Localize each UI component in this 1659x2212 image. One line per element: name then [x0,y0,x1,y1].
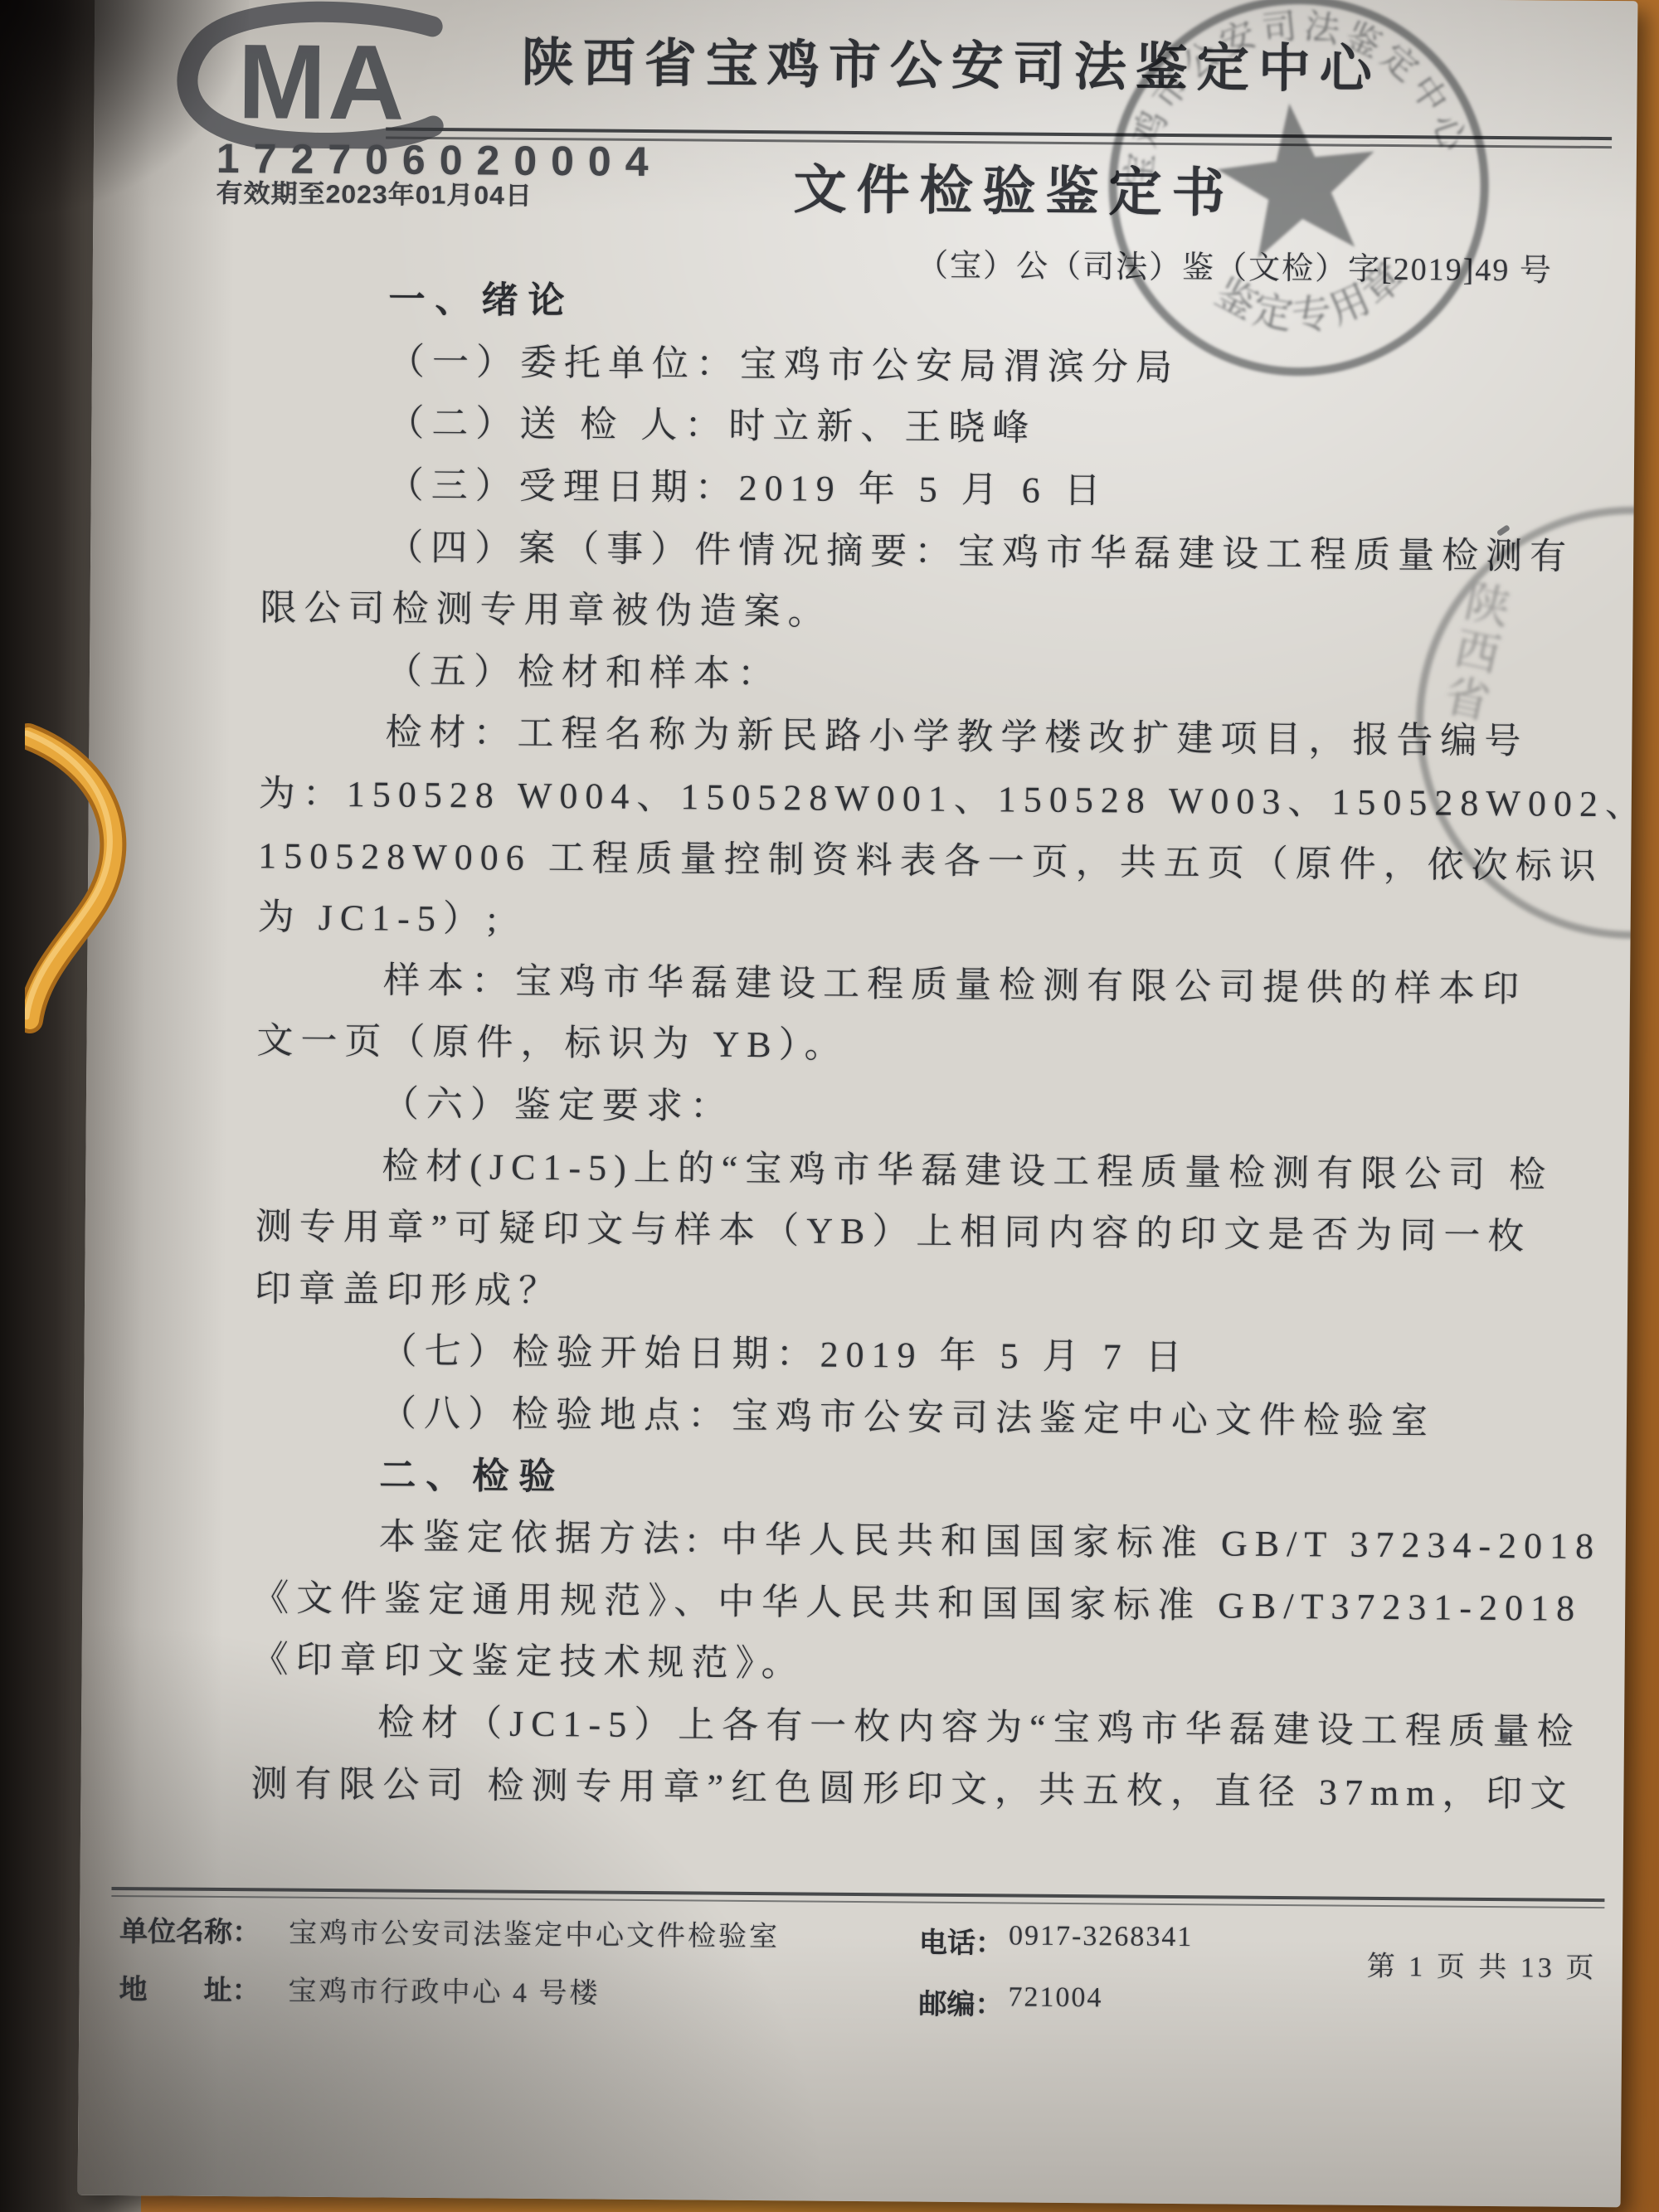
body-line: 《文件鉴定通用规范》、中华人民共和国国家标准 GB/T37231-2018 [252,1563,1559,1636]
body-line: 文一页（原件，标识为 YB）。 [256,1006,1564,1078]
body-line: （六）鉴定要求： [256,1068,1564,1140]
body-line: （七）检验开始日期：2019 年 5 月 7 日 [254,1315,1561,1388]
body-line: 测有限公司 检测专用章”红色圆形印文，共五枚，直径 37mm，印文 [251,1749,1558,1821]
cable [25,722,149,1078]
footer-phone-label: 电话： [919,1920,1004,1962]
body-line: 印章盖印形成？ [255,1254,1562,1326]
section-heading: 二、检验 [253,1440,1560,1512]
body-line: 本鉴定依据方法: 中华人民共和国国家标准 GB/T 37234-2018 [253,1501,1560,1573]
seal-bottom-text: 鉴定专用章 [1204,250,1419,348]
body-line: 检材(JC1-5)上的“宝鸡市华磊建设工程质量检测有限公司 检 [255,1130,1563,1203]
body-line: 测专用章”可疑印文与样本（YB）上相同内容的印文是否为同一枚 [255,1192,1563,1264]
validity-date: 有效期至2023年01月04日 [216,173,533,212]
footer-unit-value: 宝鸡市公安司法鉴定中心文件检验室 [289,1910,780,1955]
footer-page-info: 第 1 页 共 13 页 [1367,1943,1598,1986]
photo-scene: MA 172706020004 有效期至2023年01月04日 陕西省宝鸡市公安… [0,0,1659,2212]
footer-divider [111,1887,1604,1908]
document-page: MA 172706020004 有效期至2023年01月04日 陕西省宝鸡市公安… [78,0,1638,2207]
footer-unit-label: 单位名称： [119,1908,260,1950]
body-line: （八）检验地点：宝鸡市公安司法鉴定中心文件检验室 [254,1378,1561,1450]
svg-text:鉴定专用章: 鉴定专用章 [1204,250,1419,348]
footer-address-label: 地 址： [119,1966,260,2008]
footer-postcode-label: 邮编： [918,1981,1003,2023]
footer-phone-value: 0917-3268341 [1009,1920,1194,1953]
body-line: 《印章印文鉴定技术规范》。 [251,1625,1559,1697]
faint-side-seal: 陕西省 [1265,463,1637,981]
seal-star-icon [1211,95,1385,261]
official-round-seal: 宝鸡市公安司法鉴定中心 鉴定专用章 [1065,0,1533,411]
footer-address-value: 宝鸡市行政中心 4 号楼 [288,1968,600,2011]
footer-postcode-value: 721004 [1008,1981,1102,2014]
body-line: 检材（JC1-5）上各有一枚内容为“宝鸡市华磊建设工程质量检 [251,1687,1559,1759]
side-seal-text: 陕西省 [1434,576,1514,727]
cma-text: MA [237,22,406,143]
